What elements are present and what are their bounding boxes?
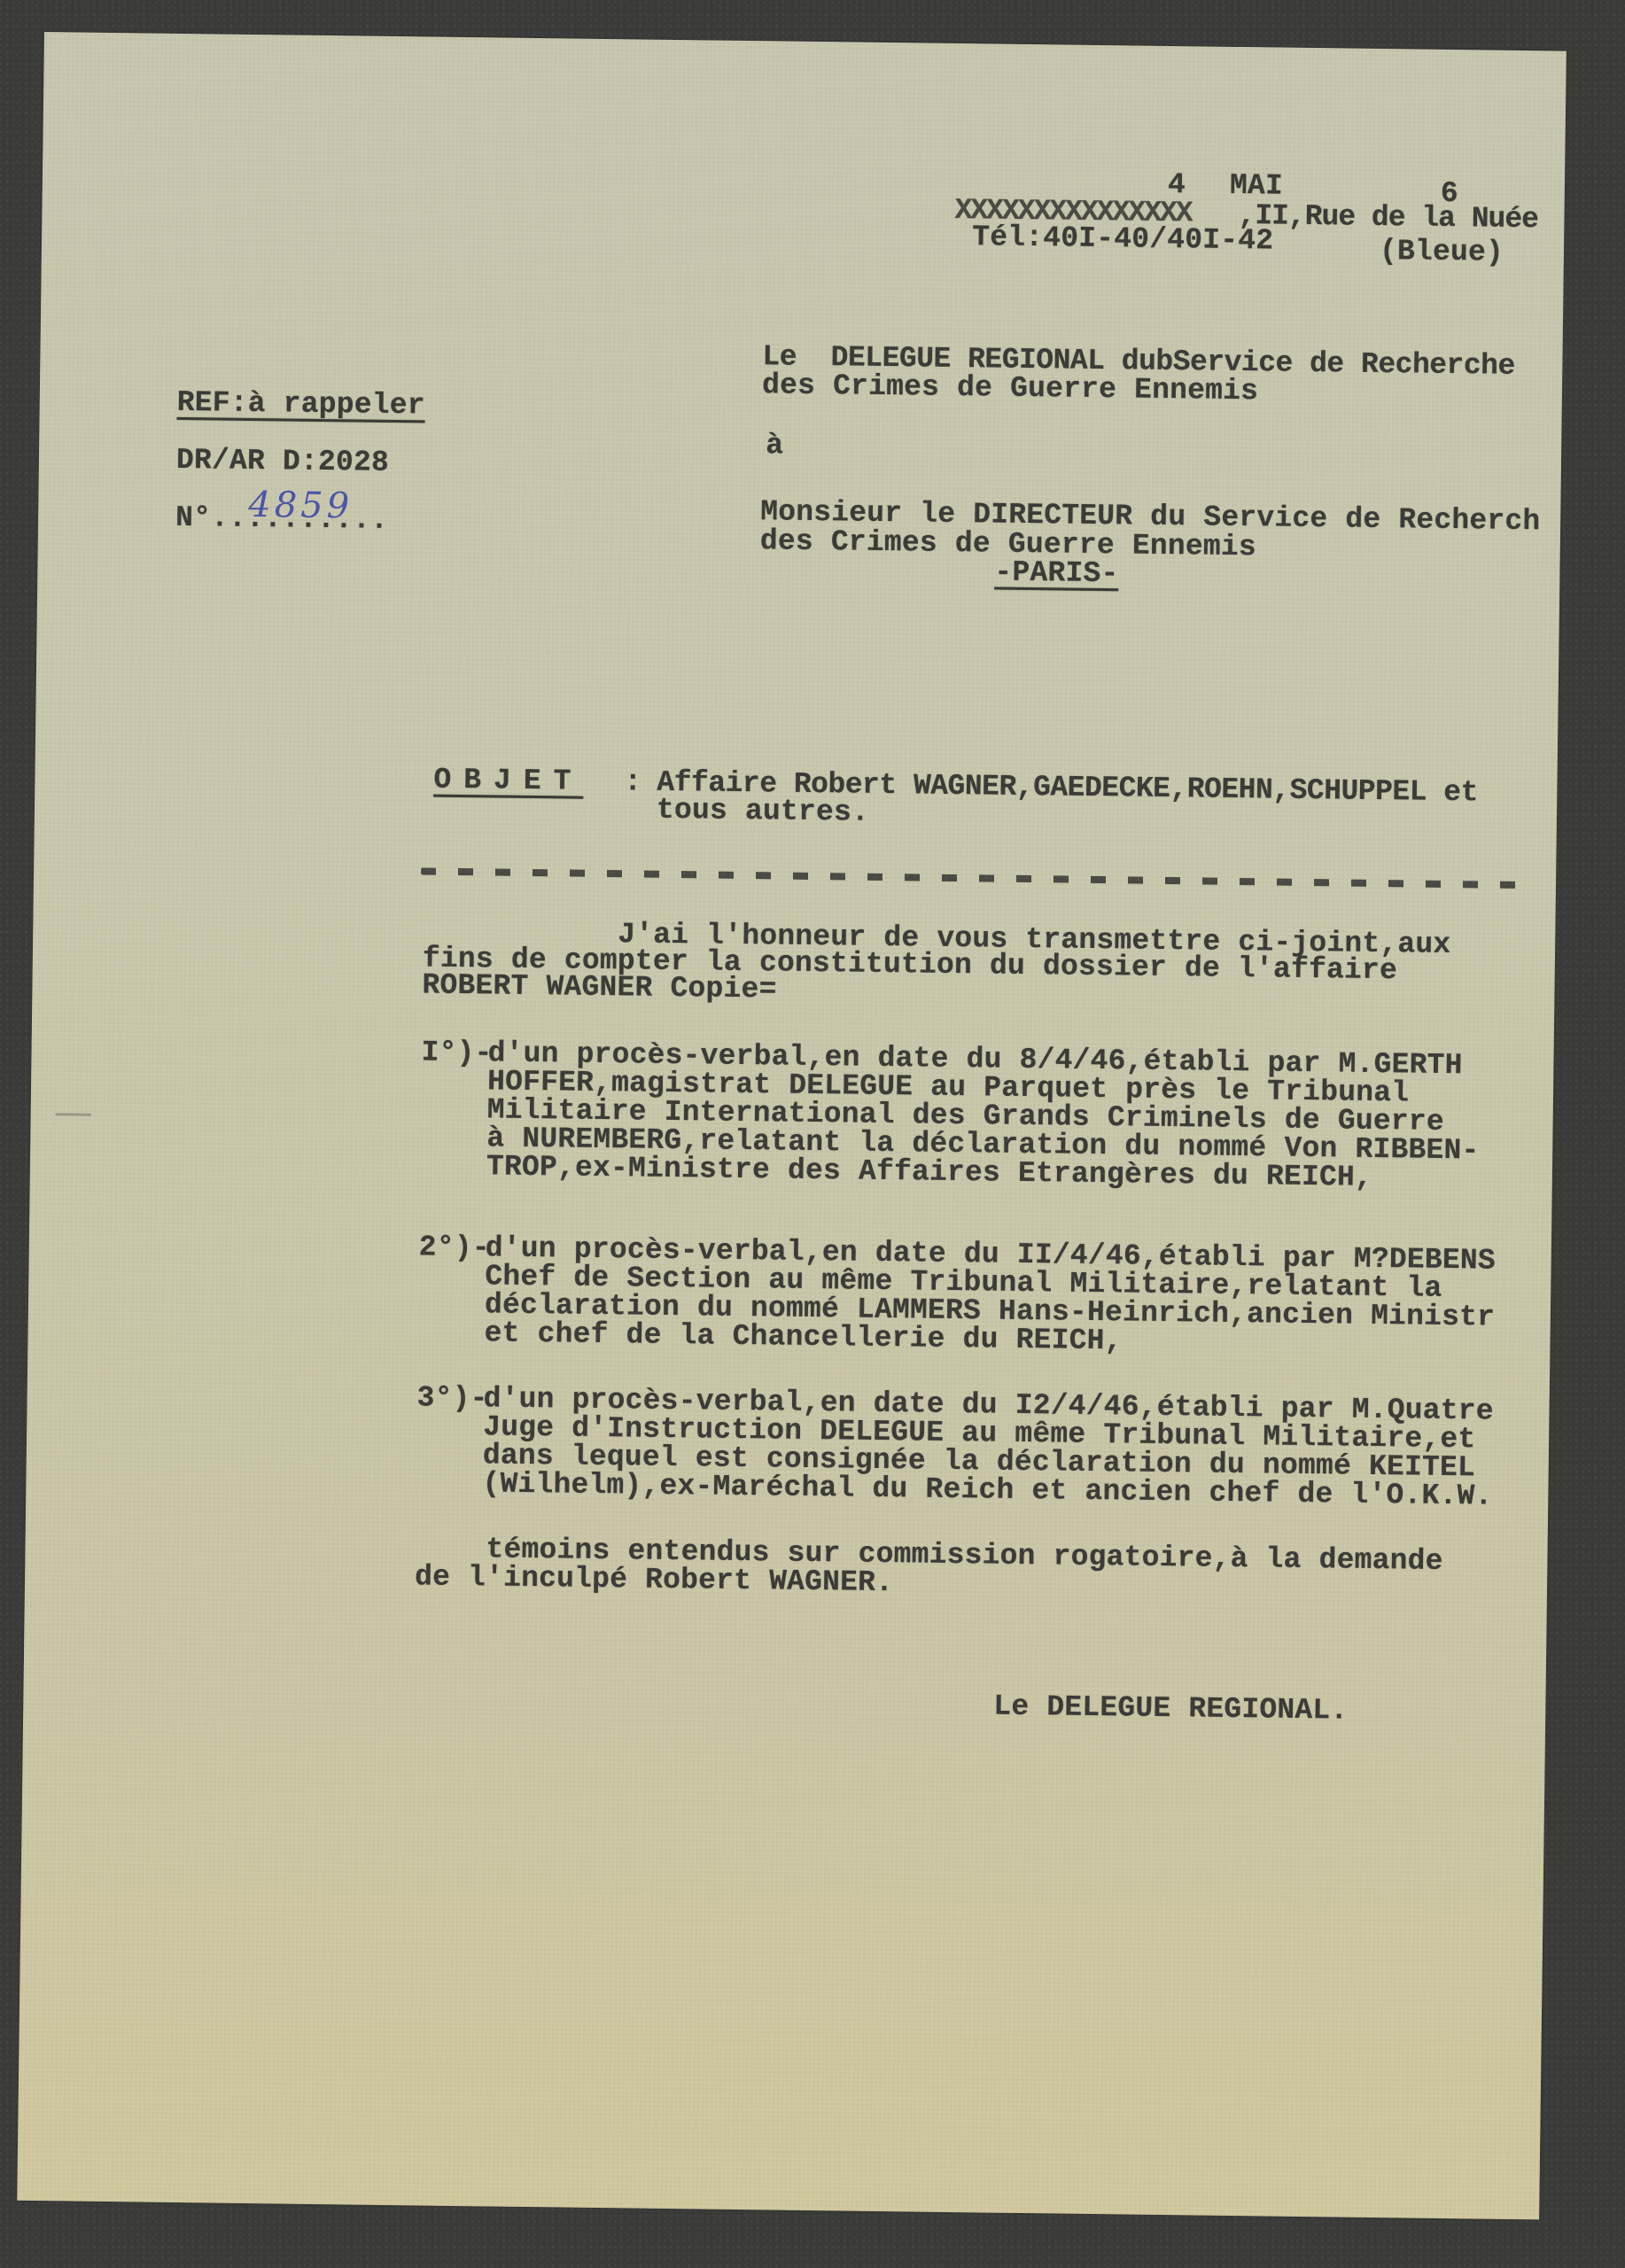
reference-number-handwritten: 4859 bbox=[248, 485, 353, 526]
closing-line-2: de l'inculpé Robert WAGNER. bbox=[415, 1562, 893, 1598]
telephone: Tél:40I-40/40I-42 bbox=[972, 222, 1273, 256]
subject-line-2: tous autres. bbox=[657, 796, 869, 828]
date-month: MAI bbox=[1230, 171, 1283, 202]
sender-line-2: des Crimes de Guerre Ennemis bbox=[762, 370, 1258, 407]
item-2-marker: 2°)- bbox=[419, 1232, 490, 1263]
address-note: (Bleue) bbox=[1380, 237, 1504, 268]
to-marker: à bbox=[766, 431, 783, 461]
item-2-line-4: et chef de la Chancellerie du REICH, bbox=[484, 1318, 1122, 1356]
separator-dashed-line bbox=[421, 867, 1524, 889]
reference-label: REF:à rappeler bbox=[177, 388, 425, 422]
address: ,II,Rue de la Nuée bbox=[1238, 201, 1538, 235]
item-1-marker: I°)- bbox=[421, 1037, 492, 1068]
signature: Le DELEGUE REGIONAL. bbox=[993, 1692, 1348, 1727]
reference-dr-ar: DR/AR D:2028 bbox=[176, 446, 389, 478]
subject-separator: : bbox=[624, 767, 641, 797]
recipient-city: -PARIS- bbox=[994, 558, 1118, 590]
document-page: 4 MAI 6 XXXXXXXXXXXXXXX ,II,Rue de la Nu… bbox=[17, 32, 1567, 2219]
subject-label: OBJET bbox=[433, 765, 583, 797]
body-intro-line-3: ROBERT WAGNER Copie= bbox=[422, 970, 776, 1005]
item-3-marker: 3°)- bbox=[416, 1383, 487, 1414]
margin-mark bbox=[56, 1113, 91, 1116]
